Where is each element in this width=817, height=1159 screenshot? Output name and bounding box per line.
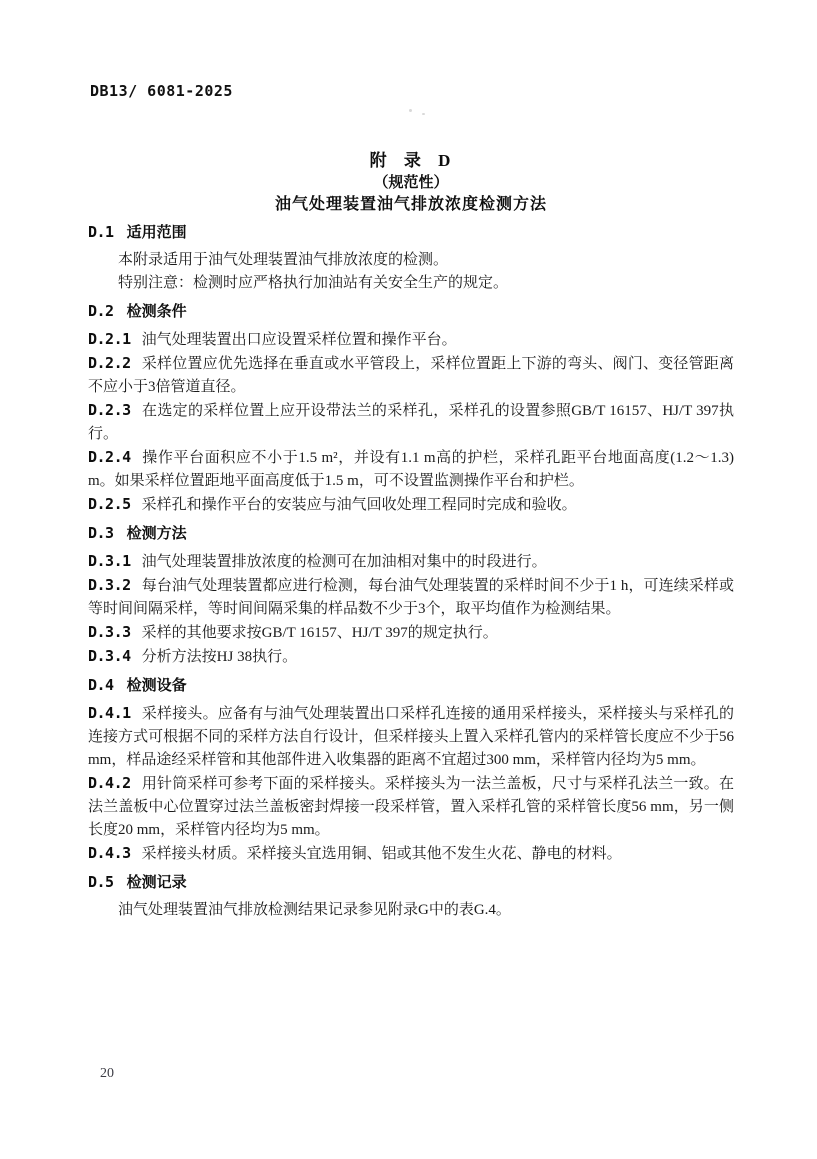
clause: D.2.4操作平台面积应不小于1.5 m²，并设有1.1 m高的护栏，采样孔距平…	[88, 446, 734, 493]
section-heading: D.1适用范围	[88, 221, 734, 245]
clause-text: 油气处理装置出口应设置采样位置和操作平台。	[142, 332, 457, 348]
section-title: 检测条件	[127, 304, 187, 320]
clause-text: 采样接头材质。采样接头宜选用铜、铝或其他不发生火花、静电的材料。	[142, 846, 622, 862]
section-heading: D.5检测记录	[88, 871, 734, 895]
section-number: D.3	[88, 524, 114, 542]
appendix-normative-label: （规范性）	[88, 172, 734, 194]
clause-text: 在选定的采样位置上应开设带法兰的采样孔，采样孔的设置参照GB/T 16157、H…	[88, 403, 734, 442]
paragraph: 油气处理装置油气排放检测结果记录参见附录G中的表G.4。	[88, 899, 734, 922]
clause: D.2.3在选定的采样位置上应开设带法兰的采样孔，采样孔的设置参照GB/T 16…	[88, 399, 734, 446]
clause-text: 用针筒采样可参考下面的采样接头。采样接头为一法兰盖板，尺寸与采样孔法兰一致。在法…	[88, 776, 734, 838]
clause-number: D.3.4	[88, 647, 131, 665]
document-page: DB13/ 6081-2025 附 录 D （规范性） 油气处理装置油气排放浓度…	[0, 0, 817, 1159]
section-number: D.1	[88, 223, 114, 241]
clause-text: 采样位置应优先选择在垂直或水平管段上，采样位置距上下游的弯头、阀门、变径管距离不…	[88, 356, 734, 395]
standard-code-header: DB13/ 6081-2025	[90, 82, 233, 100]
section-d2: D.2检测条件 D.2.1油气处理装置出口应设置采样位置和操作平台。 D.2.2…	[88, 300, 734, 517]
section-d5: D.5检测记录 油气处理装置油气排放检测结果记录参见附录G中的表G.4。	[88, 871, 734, 922]
clause: D.2.1油气处理装置出口应设置采样位置和操作平台。	[88, 328, 734, 352]
section-title: 检测记录	[127, 875, 187, 891]
clause-text: 采样的其他要求按GB/T 16157、HJ/T 397的规定执行。	[142, 625, 498, 641]
clause: D.3.4分析方法按HJ 38执行。	[88, 645, 734, 669]
clause-text: 采样接头。应备有与油气处理装置出口采样孔连接的通用采样接头，采样接头与采样孔的连…	[88, 706, 734, 768]
section-title: 适用范围	[127, 225, 187, 241]
clause: D.2.5采样孔和操作平台的安装应与油气回收处理工程同时完成和验收。	[88, 493, 734, 517]
section-d3: D.3检测方法 D.3.1油气处理装置排放浓度的检测可在加油相对集中的时段进行。…	[88, 522, 734, 669]
clause: D.3.1油气处理装置排放浓度的检测可在加油相对集中的时段进行。	[88, 550, 734, 574]
clause: D.3.3采样的其他要求按GB/T 16157、HJ/T 397的规定执行。	[88, 621, 734, 645]
clause-number: D.3.2	[88, 576, 131, 594]
section-number: D.2	[88, 302, 114, 320]
clause-number: D.4.3	[88, 844, 131, 862]
section-heading: D.2检测条件	[88, 300, 734, 324]
clause-number: D.4.2	[88, 774, 131, 792]
clause-number: D.2.4	[88, 448, 131, 466]
clause-number: D.2.3	[88, 401, 131, 419]
section-d1: D.1适用范围 本附录适用于油气处理装置油气排放浓度的检测。 特别注意：检测时应…	[88, 221, 734, 295]
clause: D.4.3采样接头材质。采样接头宜选用铜、铝或其他不发生火花、静电的材料。	[88, 842, 734, 866]
appendix-title-block: 附 录 D （规范性） 油气处理装置油气排放浓度检测方法	[88, 150, 734, 216]
clause: D.3.2每台油气处理装置都应进行检测，每台油气处理装置的采样时间不少于1 h，…	[88, 574, 734, 621]
scan-speck	[422, 113, 425, 115]
clause-number: D.2.2	[88, 354, 131, 372]
page-number: 20	[100, 1066, 114, 1082]
clause-text: 操作平台面积应不小于1.5 m²，并设有1.1 m高的护栏，采样孔距平台地面高度…	[88, 450, 734, 489]
clause-text: 每台油气处理装置都应进行检测，每台油气处理装置的采样时间不少于1 h，可连续采样…	[88, 578, 734, 617]
appendix-title: 附 录 D	[88, 150, 734, 172]
clause-number: D.2.5	[88, 495, 131, 513]
scan-speck	[409, 109, 412, 112]
clause: D.2.2采样位置应优先选择在垂直或水平管段上，采样位置距上下游的弯头、阀门、变…	[88, 352, 734, 399]
paragraph: 特别注意：检测时应严格执行加油站有关安全生产的规定。	[88, 272, 734, 295]
clause: D.4.1采样接头。应备有与油气处理装置出口采样孔连接的通用采样接头，采样接头与…	[88, 702, 734, 772]
section-number: D.4	[88, 676, 114, 694]
section-heading: D.4检测设备	[88, 674, 734, 698]
paragraph: 本附录适用于油气处理装置油气排放浓度的检测。	[88, 249, 734, 272]
clause: D.4.2用针筒采样可参考下面的采样接头。采样接头为一法兰盖板，尺寸与采样孔法兰…	[88, 772, 734, 842]
section-title: 检测设备	[127, 678, 187, 694]
clause-text: 分析方法按HJ 38执行。	[142, 649, 297, 665]
clause-text: 采样孔和操作平台的安装应与油气回收处理工程同时完成和验收。	[142, 497, 577, 513]
clause-text: 油气处理装置排放浓度的检测可在加油相对集中的时段进行。	[142, 554, 547, 570]
section-d4: D.4检测设备 D.4.1采样接头。应备有与油气处理装置出口采样孔连接的通用采样…	[88, 674, 734, 866]
clause-number: D.3.1	[88, 552, 131, 570]
page-content: 附 录 D （规范性） 油气处理装置油气排放浓度检测方法 D.1适用范围 本附录…	[88, 150, 734, 922]
clause-number: D.2.1	[88, 330, 131, 348]
clause-number: D.3.3	[88, 623, 131, 641]
section-heading: D.3检测方法	[88, 522, 734, 546]
clause-number: D.4.1	[88, 704, 131, 722]
section-title: 检测方法	[127, 526, 187, 542]
appendix-subject-title: 油气处理装置油气排放浓度检测方法	[88, 194, 734, 216]
section-number: D.5	[88, 873, 114, 891]
